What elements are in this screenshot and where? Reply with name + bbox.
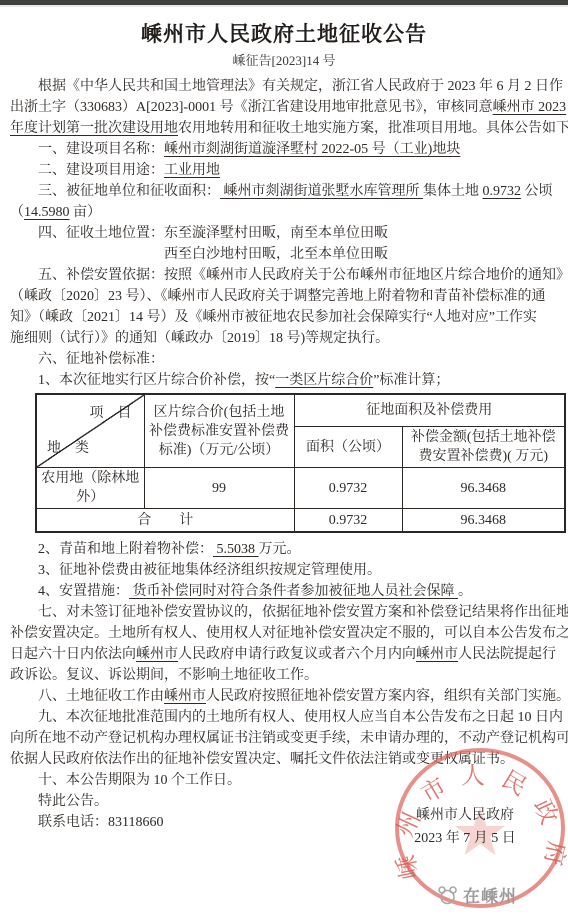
text-segment: 特此公告。 <box>38 794 108 809</box>
underlined-text: 嵊州市 <box>416 647 458 662</box>
text-segment: 3、征地补偿费由被征地集体经济组织按规定管理使用。 <box>38 563 381 578</box>
document-line: 西至白沙地村田畈，北至本单位田畈 <box>10 244 558 265</box>
document-page: 嵊州市人民政府土地征收公告 嵊征告[2023]14 号 根据《中华人民共和国土地… <box>0 7 568 833</box>
text-segment: 人民政府按照征地补偿安置方案内容，组织有关部门实施。 <box>206 689 568 704</box>
document-line: 4、安置措施： 货币补偿同时对符合条件者参加被征地人员社会保障 。 <box>10 581 558 602</box>
document-body-bottom: 2、青苗和地上附着物补偿： 5.5038 万元。3、征地补偿费由被征地集体经济组… <box>10 539 558 833</box>
underlined-text: 嵊州市剡湖街道漩泽墅村 2022-05 号（工业)地块 <box>164 142 460 157</box>
text-segment: 九、本次征地批准范围内的土地所有权人、使用权人应当自本公告发布之日起 10 日内 <box>38 710 563 725</box>
underlined-text: 0.9732 <box>483 184 522 199</box>
text-segment: ”标准计算； <box>373 373 449 388</box>
text-segment: 向所在地不动产登记机构办理权属证书注销或变更手续，未申请办理的，不动产登记机构可 <box>10 731 568 746</box>
text-segment: 1、本次征地实行区片综合价补偿，按“ <box>38 373 275 388</box>
header-area: 面积（公顷） <box>294 427 402 468</box>
document-line: 年度计划第一批次建设用地农用地转用和征收土地实施方案，批准项目用地。具体公告如下… <box>10 118 558 139</box>
text-segment: 四、征收土地位置：东至漩泽墅村田畈，南至本单位田畈 <box>38 226 388 241</box>
document-line: 知》（嵊政〔2021〕14 号）及《嵊州市被征地农民参加社会保障实行“人地对应”… <box>10 307 558 328</box>
text-segment: 三、被征地单位和征收面积： <box>38 184 220 199</box>
text-segment: 2、青苗和地上附着物补偿： <box>38 542 213 557</box>
text-segment: 公顷 <box>521 184 553 199</box>
document-line: （14.5980 亩） <box>10 202 558 223</box>
document-line: 二、建设项目用途：工业用地 <box>10 160 558 181</box>
text-segment: 政诉讼。复议、诉讼期间，不影响土地征收工作。 <box>10 668 318 683</box>
text-segment: 人民政府申请行政复议或者六个月内向 <box>178 647 416 662</box>
cell-price: 99 <box>144 468 294 509</box>
document-line: 补偿安置决定。土地所有权人、使用权人对征地补偿安置决定不服的，可以自本公告发布之 <box>10 623 558 644</box>
cell-land-type: 农用地（除林地外） <box>36 468 144 509</box>
text-segment: 七、对未签订征地补偿安置协议的，依据征地补偿安置方案和补偿登记结果将作出征地 <box>38 605 568 620</box>
total-amount: 96.3468 <box>402 509 565 533</box>
text-segment: 根据《中华人民共和国土地管理法》有关规定，浙江省人民政府于 2023 年 6 月… <box>38 79 563 94</box>
text-segment: 西至白沙地村田畈，北至本单位田畈 <box>164 247 388 262</box>
text-segment: 知》（嵊政〔2021〕14 号）及《嵊州市被征地农民参加社会保障实行“人地对应”… <box>10 310 537 325</box>
cell-amount: 96.3468 <box>402 468 565 509</box>
document-line: 九、本次征地批准范围内的土地所有权人、使用权人应当自本公告发布之日起 10 日内 <box>10 707 558 728</box>
signature-org: 嵊州市人民政府 <box>400 804 530 827</box>
text-segment: 二、建设项目用途： <box>38 163 164 178</box>
table-total-row: 合 计 0.9732 96.3468 <box>36 509 565 533</box>
total-label: 合 计 <box>36 509 294 533</box>
compensation-table-wrapper: 项 目 地 类 区片综合价(包括土地补偿费标准安置补偿费标准)（万元/公顷） 征… <box>35 393 558 533</box>
watermark-text: 在嵊州 <box>463 882 517 907</box>
document-line: 八、土地征收工作由嵊州市人民政府按照征地补偿安置方案内容，组织有关部门实施。 <box>10 686 558 707</box>
signature-date: 2023 年 7 月 5 日 <box>400 827 530 850</box>
document-line: 三、被征地单位和征收面积： 嵊州市剡湖街道张墅水库管理所 集体土地 0.9732… <box>10 181 558 202</box>
document-line: 2、青苗和地上附着物补偿： 5.5038 万元。 <box>10 539 558 560</box>
document-line: 政诉讼。复议、诉讼期间，不影响土地征收工作。 <box>10 665 558 686</box>
underlined-text: 嵊州市 2023 <box>493 100 567 115</box>
text-segment: 依据人民政府依法作出的征地补偿安置决定、嘱托文件依法注销或变更权属证书。 <box>10 752 514 767</box>
document-title: 嵊州市人民政府土地征收公告 <box>10 21 558 47</box>
document-line: 向所在地不动产登记机构办理权属证书注销或变更手续，未申请办理的，不动产登记机构可 <box>10 728 558 749</box>
header-area-and-fees-group: 征地面积及补偿费用 <box>294 394 565 427</box>
text-segment: 农用地转用和征收土地实施方案，批准项目用地。具体公告如下： <box>178 121 568 136</box>
document-line: 1、本次征地实行区片综合价补偿，按“一类区片综合价”标准计算； <box>10 370 558 391</box>
text-segment: 出浙土字（330683）A[2023]-0001 号《浙江省建设用地审批意见书》… <box>10 100 493 115</box>
document-line: 七、对未签订征地补偿安置协议的，依据征地补偿安置方案和补偿登记结果将作出征地 <box>10 602 558 623</box>
document-line: 出浙土字（330683）A[2023]-0001 号《浙江省建设用地审批意见书》… <box>10 97 558 118</box>
document-line: 施细则（试行）》的通知（嵊政办〔2019〕18 号)等规定执行。 <box>10 328 558 349</box>
underlined-text: 工业用地 <box>164 163 220 178</box>
panda-logo-icon <box>437 885 459 905</box>
underlined-text: 嵊州市 <box>164 689 206 704</box>
announcement-document: { "header": { "title": "嵊州市人民政府土地征收公告", … <box>0 0 568 920</box>
signature-block: 嵊州市人民政府 2023 年 7 月 5 日 <box>400 804 530 850</box>
text-segment: 一、建设项目名称： <box>38 142 164 157</box>
underlined-text: 嵊州市剡湖街道张墅水库管理所 <box>220 184 423 199</box>
text-segment: 施细则（试行）》的通知（嵊政办〔2019〕18 号)等规定执行。 <box>10 331 389 346</box>
text-segment: （ <box>10 205 24 220</box>
text-segment: （嵊政〔2020〕23 号）、《嵊州市人民政府关于调整完善地上附着物和青苗补偿标… <box>10 289 546 304</box>
text-segment: 4、安置措施： <box>38 584 129 599</box>
document-body-top: 根据《中华人民共和国土地管理法》有关规定，浙江省人民政府于 2023 年 6 月… <box>10 76 558 391</box>
document-line: 日起六十日内依法向嵊州市人民政府申请行政复议或者六个月内向嵊州市人民法院提起行 <box>10 644 558 665</box>
text-segment: 集体土地 <box>423 184 483 199</box>
text-segment: 人民法院提起行 <box>458 647 556 662</box>
document-line: （嵊政〔2020〕23 号）、《嵊州市人民政府关于调整完善地上附着物和青苗补偿标… <box>10 286 558 307</box>
document-line: 依据人民政府依法作出的征地补偿安置决定、嘱托文件依法注销或变更权属证书。 <box>10 749 558 770</box>
text-segment: 日起六十日内依法向 <box>10 647 136 662</box>
document-line: 五、补偿安置依据：按照《嵊州市人民政府关于公布嵊州市征地区片综合地价的通知》 <box>10 265 558 286</box>
underlined-text: 14.5980 <box>24 205 70 220</box>
text-segment: 联系电话：83118660 <box>38 815 163 830</box>
compensation-table: 项 目 地 类 区片综合价(包括土地补偿费标准安置补偿费标准)（万元/公顷） 征… <box>35 393 566 533</box>
cell-area: 0.9732 <box>294 468 402 509</box>
document-line: 六、征地补偿标准： <box>10 349 558 370</box>
underlined-text: 货币补偿同时对符合条件者参加被征地人员社会保障 <box>129 584 458 599</box>
underlined-text: 嵊州市 <box>136 647 178 662</box>
document-line: 十、本公告期限为 10 个工作日。 <box>10 770 558 791</box>
document-number: 嵊征告[2023]14 号 <box>10 52 558 70</box>
document-line: 一、建设项目名称：嵊州市剡湖街道漩泽墅村 2022-05 号（工业)地块 <box>10 139 558 160</box>
corner-label-project: 项 目 <box>90 404 132 423</box>
header-amount: 补偿金额(包括土地补偿费安置补偿费)( 万元) <box>402 427 565 468</box>
text-segment: 八、土地征收工作由 <box>38 689 164 704</box>
header-price-standard: 区片综合价(包括土地补偿费标准安置补偿费标准)（万元/公顷） <box>144 394 294 468</box>
text-segment: 补偿安置决定。土地所有权人、使用权人对征地补偿安置决定不服的，可以自本公告发布之 <box>10 626 568 641</box>
text-segment: 。 <box>458 584 472 599</box>
text-segment: 六、征地补偿标准： <box>38 352 164 367</box>
text-segment: 十、本公告期限为 10 个工作日。 <box>38 773 241 788</box>
table-corner-cell: 项 目 地 类 <box>36 394 144 468</box>
text-segment: 五、补偿安置依据：按照《嵊州市人民政府关于公布嵊州市征地区片综合地价的通知》 <box>38 268 568 283</box>
document-line: 3、征地补偿费由被征地集体经济组织按规定管理使用。 <box>10 560 558 581</box>
text-segment: 亩） <box>70 205 102 220</box>
text-segment: 万元。 <box>259 542 301 557</box>
total-area: 0.9732 <box>294 509 402 533</box>
underlined-text: 年度计划第一批次建设用地 <box>10 121 178 136</box>
document-line: 根据《中华人民共和国土地管理法》有关规定，浙江省人民政府于 2023 年 6 月… <box>10 76 558 97</box>
corner-label-landtype: 地 类 <box>47 439 89 458</box>
table-row: 农用地（除林地外） 99 0.9732 96.3468 <box>36 468 565 509</box>
underlined-text: 一类区片综合价 <box>275 373 373 388</box>
watermark: 在嵊州 <box>437 882 517 907</box>
document-line: 四、征收土地位置：东至漩泽墅村田畈，南至本单位田畈 <box>10 223 558 244</box>
underlined-text: 5.5038 <box>213 542 259 557</box>
